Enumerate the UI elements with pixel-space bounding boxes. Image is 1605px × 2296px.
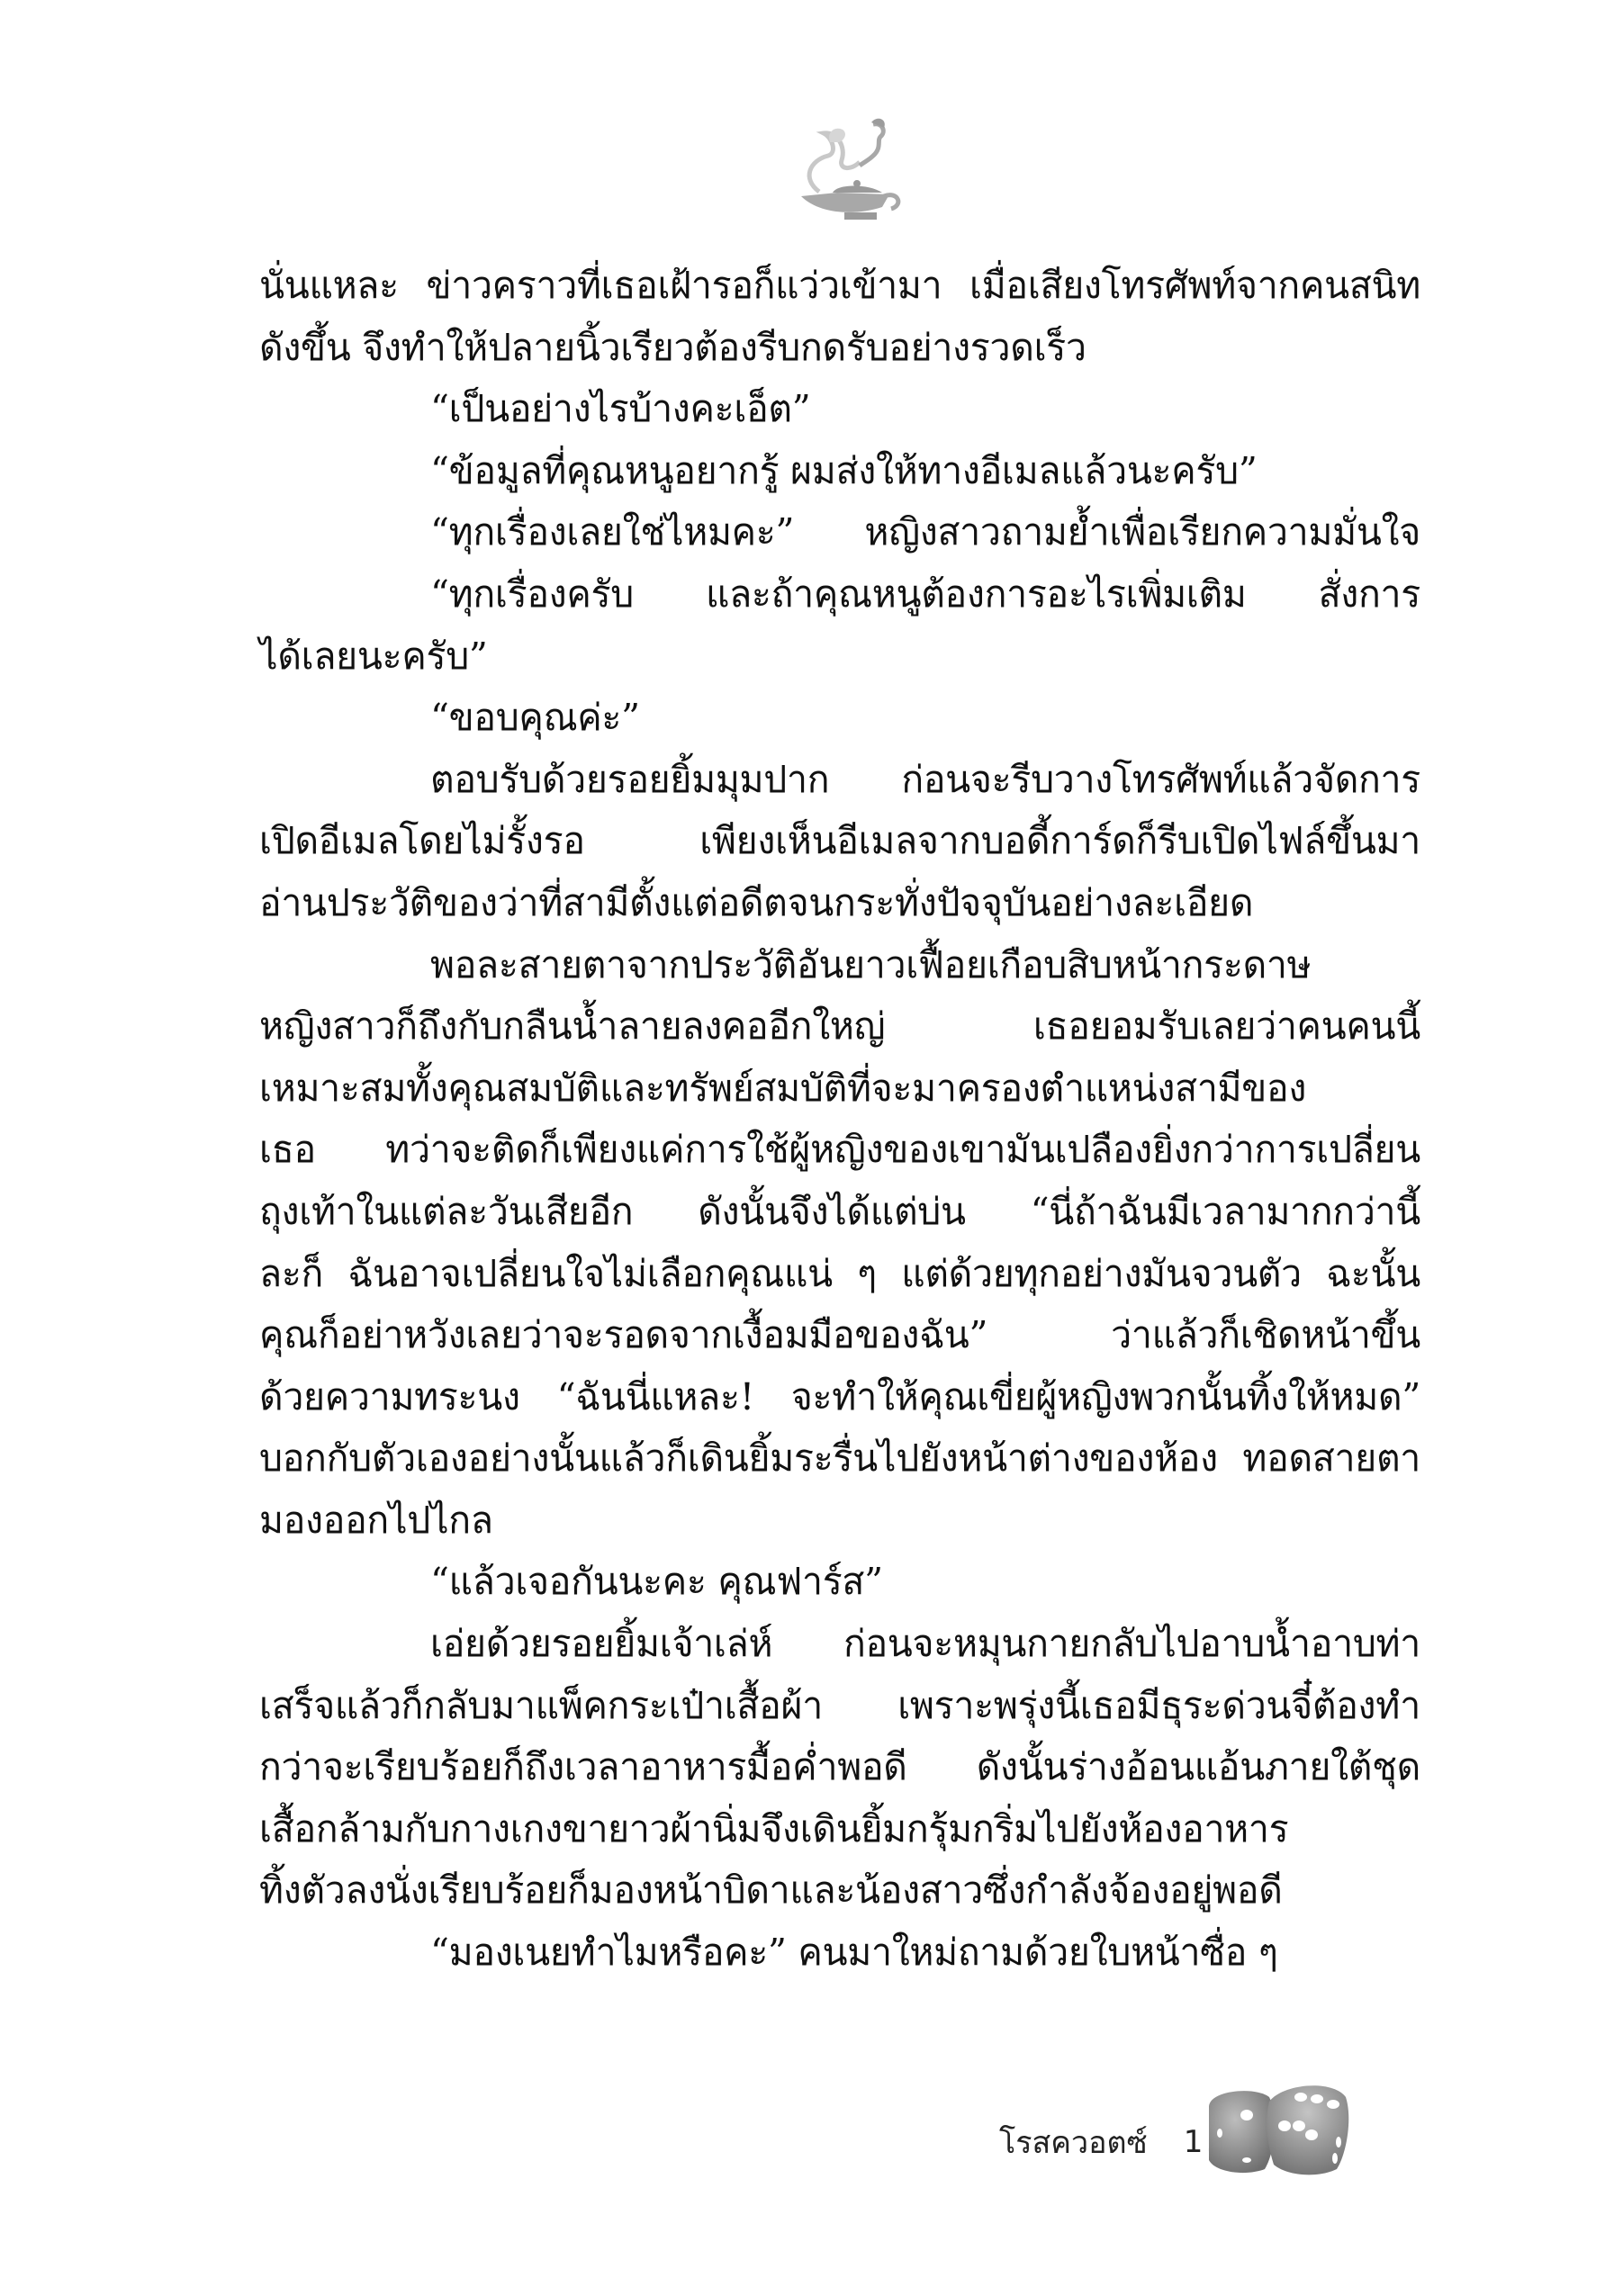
text-line: ละก็ ฉันอาจเปลี่ยนใจไม่เลือกคุณแน่ ๆ แต่…: [259, 1243, 1420, 1305]
text-line: ทิ้งตัวลงนั่งเรียบร้อยก็มองหน้าบิดาและน้…: [259, 1859, 1420, 1922]
dialogue-line: “ทุกเรื่องครับ และถ้าคุณหนูต้องการอะไรเพ…: [259, 563, 1420, 626]
page-footer: โรสควอตซ์ 13: [999, 2106, 1230, 2178]
dialogue-line: “เป็นอย่างไรบ้างคะเอ็ต”: [259, 378, 1420, 440]
text-line: บอกกับตัวเองอย่างนั้นแล้วก็เดินยิ้มระรื่…: [259, 1427, 1420, 1490]
text-line: หญิงสาวก็ถึงกับกลืนน้ำลายลงคออีกใหญ่ เธอ…: [259, 995, 1420, 1058]
text-line: คุณก็อย่าหวังเลยว่าจะรอดจากเงื้อมมือของฉ…: [259, 1304, 1420, 1366]
dialogue-line: “มองเนยทำไมหรือคะ” คนมาใหม่ถามด้วยใบหน้า…: [259, 1922, 1420, 1984]
text-line: กว่าจะเรียบร้อยก็ถึงเวลาอาหารมื้อค่ำพอดี…: [259, 1736, 1420, 1798]
paragraph-start-line: เอ่ยด้วยรอยยิ้มเจ้าเล่ห์ ก่อนจะหมุนกายกล…: [259, 1613, 1420, 1675]
teapot-lamp-ornament-icon: [783, 106, 918, 223]
text-line: ได้เลยนะครับ”: [259, 626, 1420, 688]
text-line: เสร็จแล้วก็กลับมาแพ็คกระเป๋าเสื้อผ้า เพร…: [259, 1675, 1420, 1737]
text-line: มองออกไปไกล: [259, 1490, 1420, 1552]
text-line: เสื้อกล้ามกับกางเกงขายาวผ้านิ่มจึงเดินยิ…: [259, 1798, 1420, 1860]
text-line: เหมาะสมทั้งคุณสมบัติและทรัพย์สมบัติที่จะ…: [259, 1058, 1420, 1120]
book-title: โรสควอตซ์: [999, 2118, 1148, 2166]
text-line: นั่นแหละ ข่าวคราวที่เธอเฝ้ารอก็แว่วเข้าม…: [259, 255, 1420, 317]
dialogue-line: “ทุกเรื่องเลยใช่ไหมคะ” หญิงสาวถามย้ำเพื่…: [259, 501, 1420, 563]
dialogue-line: “ข้อมูลที่คุณหนูอยากรู้ ผมส่งให้ทางอีเมล…: [259, 440, 1420, 502]
dice-icon: [1202, 2079, 1355, 2183]
paragraph-start-line: พอละสายตาจากประวัติอันยาวเฟื้อยเกือบสิบห…: [259, 934, 1420, 996]
dialogue-line: “ขอบคุณค่ะ”: [259, 687, 1420, 749]
text-line: ด้วยความทระนง “ฉันนี่แหละ! จะทำให้คุณเขี…: [259, 1366, 1420, 1428]
text-line: เปิดอีเมลโดยไม่รั้งรอ เพียงเห็นอีเมลจากบ…: [259, 810, 1420, 872]
paragraph-start-line: ตอบรับด้วยรอยยิ้มมุมปาก ก่อนจะรีบวางโทรศ…: [259, 749, 1420, 811]
text-line: เธอ ทว่าจะติดก็เพียงแค่การใช้ผู้หญิงของเ…: [259, 1119, 1420, 1181]
text-line: ถุงเท้าในแต่ละวันเสียอีก ดังนั้นจึงได้แต…: [259, 1181, 1420, 1243]
text-line: อ่านประวัติของว่าที่สามีตั้งแต่อดีตจนกระ…: [259, 872, 1420, 934]
story-body-text: นั่นแหละ ข่าวคราวที่เธอเฝ้ารอก็แว่วเข้าม…: [259, 255, 1420, 1984]
dialogue-line: “แล้วเจอกันนะคะ คุณฟาร์ส”: [259, 1551, 1420, 1613]
text-line: ดังขึ้น จึงทำให้ปลายนิ้วเรียวต้องรีบกดรั…: [259, 317, 1420, 379]
